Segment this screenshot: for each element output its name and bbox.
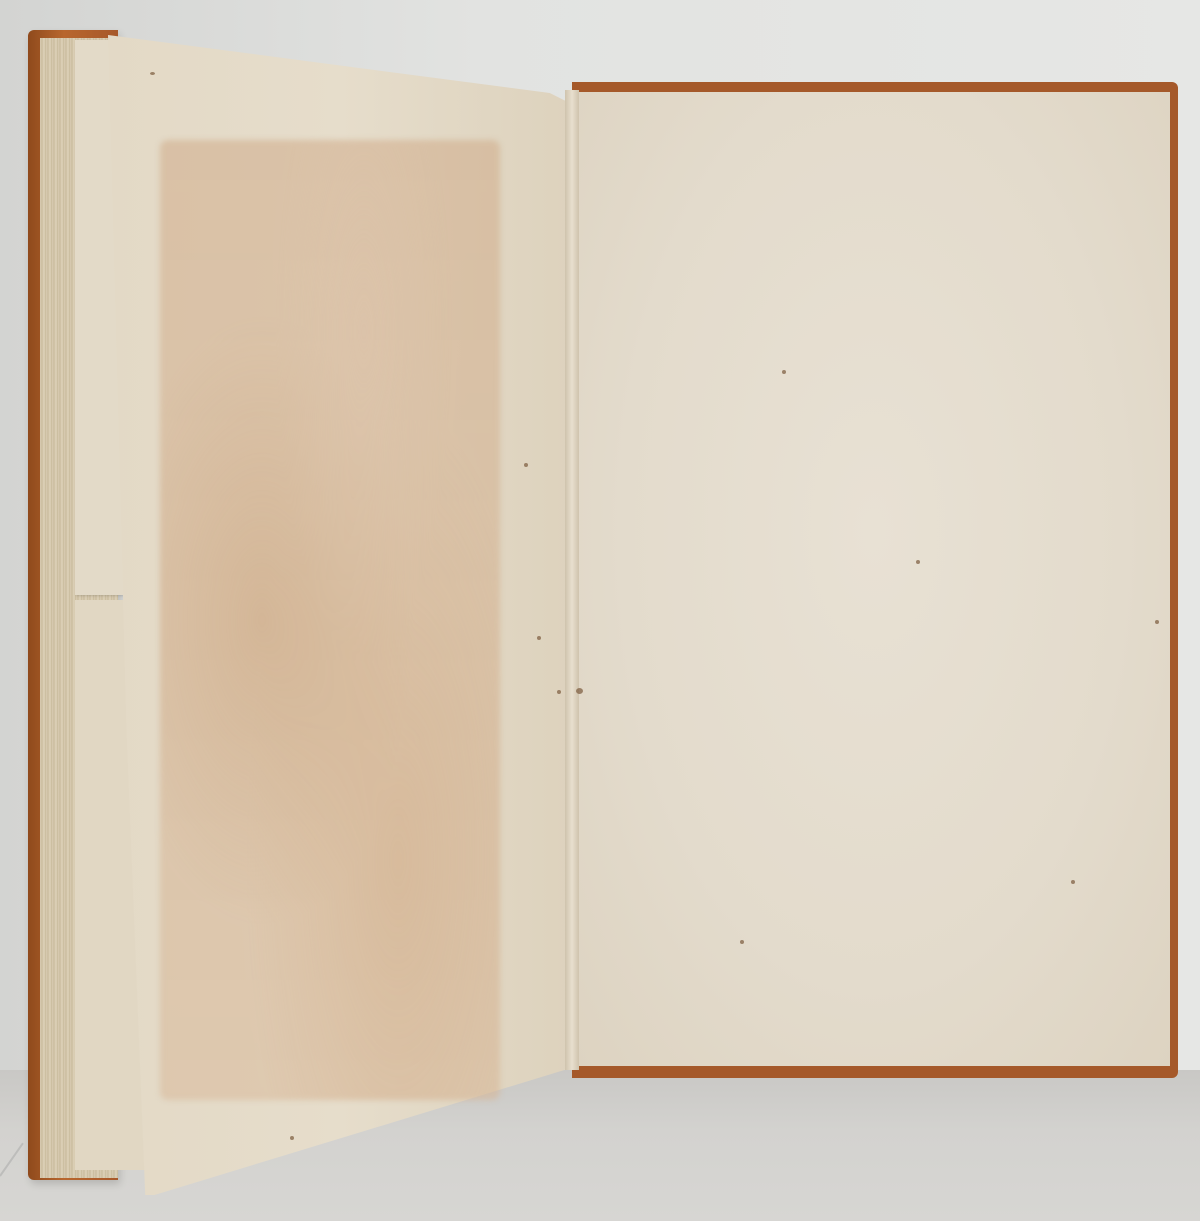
- foxing-spot: [290, 1136, 294, 1140]
- foxing-spot: [150, 72, 155, 75]
- foxing-spot: [916, 560, 920, 564]
- foxing-spot: [1071, 880, 1075, 884]
- book-gutter: [565, 90, 579, 1070]
- book-right-pastedown: [578, 92, 1170, 1066]
- foxing-spot: [1155, 620, 1159, 624]
- foxing-spot: [537, 636, 541, 640]
- foxing-spot: [524, 463, 528, 467]
- foxing-spot: [576, 688, 583, 694]
- offset-stain: [160, 140, 500, 1100]
- foxing-spot: [740, 940, 744, 944]
- foxing-spot: [782, 370, 786, 374]
- foxing-spot: [557, 690, 561, 694]
